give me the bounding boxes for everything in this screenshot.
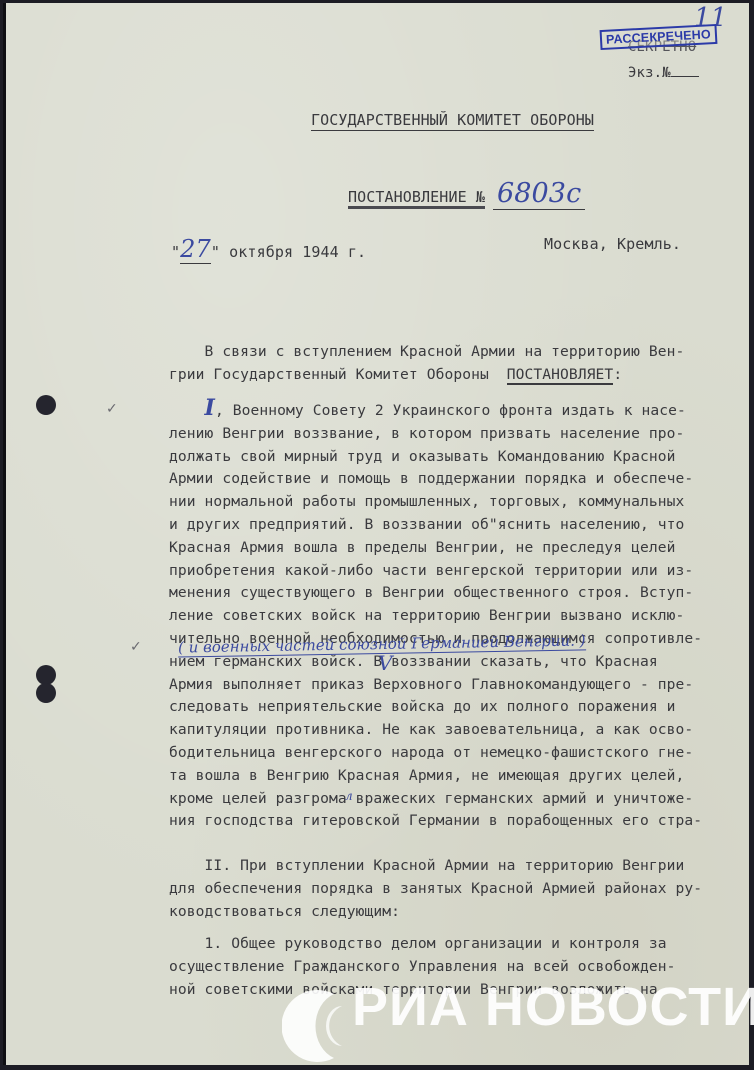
text-line: нии нормальной работы промышленных, торг… <box>169 491 729 514</box>
text-line: ния господства гитеровской Германии в по… <box>169 810 729 833</box>
text-line: Армии содействие и помощь в поддержании … <box>169 468 729 491</box>
copy-number-blank <box>671 76 699 77</box>
section-1-numeral: I <box>205 395 215 421</box>
section-1-first-line: I, Военному Совету 2 Украинского фронта … <box>169 397 729 423</box>
copy-number-label: Экз.№ <box>628 65 671 81</box>
resolution-heading: ПОСТАНОВЛЕНИЕ №6803с <box>348 178 585 209</box>
insertion-caret: V <box>378 651 392 675</box>
preamble-line: грии Государственный Комитет Обороны ПОС… <box>169 364 729 387</box>
declassified-stamp: РАССЕКРЕЧЕНО <box>600 24 718 50</box>
text-line: для обеспечения порядка в занятых Красно… <box>169 878 729 901</box>
section-1: I, Военному Совету 2 Украинского фронта … <box>169 397 729 833</box>
text-line: бодительница венгерского народа от немец… <box>169 742 729 765</box>
text-line: менения существующего в Венгрии обществе… <box>169 582 729 605</box>
text-line: и других предприятий. В воззвании об"ясн… <box>169 514 729 537</box>
document-place: Москва, Кремль. <box>544 235 681 253</box>
decree-keyword: ПОСТАНОВЛЯЕТ <box>507 366 614 385</box>
checkmark-icon: ✓ <box>130 639 142 655</box>
text-line: ководствоваться следующим: <box>169 901 729 924</box>
text-line: Армия выполняет приказ Верховного Главно… <box>169 674 729 697</box>
document-date: "27" октября 1944 г. <box>171 235 366 263</box>
copy-number-field: Экз.№ <box>628 65 699 81</box>
document-page: 11 СЕКРЕТНО РАССЕКРЕЧЕНО Экз.№ ГОСУДАРСТ… <box>3 3 749 1065</box>
text-line: ление советских войск на территорию Венг… <box>169 605 729 628</box>
text-line: должать свой мирный труд и оказывать Ком… <box>169 446 729 469</box>
text-line: 1. Общее руководство делом организации и… <box>169 933 729 956</box>
ria-novosti-watermark: РИА НОВОСТИ <box>282 978 752 1068</box>
section-2: II. При вступлении Красной Армии на терр… <box>169 855 729 923</box>
text-line: следовать неприятельские войска до их по… <box>169 696 729 719</box>
checkmark-icon: ✓ <box>106 401 118 417</box>
watermark-text: РИА НОВОСТИ <box>352 976 754 1038</box>
handwritten-correction: л <box>345 789 353 803</box>
text-line: II. При вступлении Красной Армии на терр… <box>169 855 729 878</box>
text-line: та вошла в Венгрию Красная Армия, не име… <box>169 765 729 788</box>
date-day: 27 <box>180 235 211 264</box>
text-line: капитуляции противника. Не как завоевате… <box>169 719 729 742</box>
document-title: ГОСУДАРСТВЕННЫЙ КОМИТЕТ ОБОРОНЫ <box>311 111 594 131</box>
punch-hole-icon <box>36 395 56 415</box>
resolution-label: ПОСТАНОВЛЕНИЕ № <box>348 188 485 209</box>
punch-hole-icon <box>36 683 56 703</box>
text-line: Красная Армия вошла в пределы Венгрии, н… <box>169 537 729 560</box>
text-line: кроме целей разгрома вражеских германски… <box>169 788 729 811</box>
text-line: лению Венгрии воззвание, в котором призв… <box>169 423 729 446</box>
preamble-line: В связи с вступлением Красной Армии на т… <box>169 341 729 364</box>
punch-hole-icon <box>36 665 56 685</box>
text-line: приобретения какой-либо части венгерской… <box>169 560 729 583</box>
date-month-year: октября 1944 г. <box>229 243 366 261</box>
preamble: В связи с вступлением Красной Армии на т… <box>169 341 729 387</box>
resolution-number: 6803с <box>493 178 585 210</box>
